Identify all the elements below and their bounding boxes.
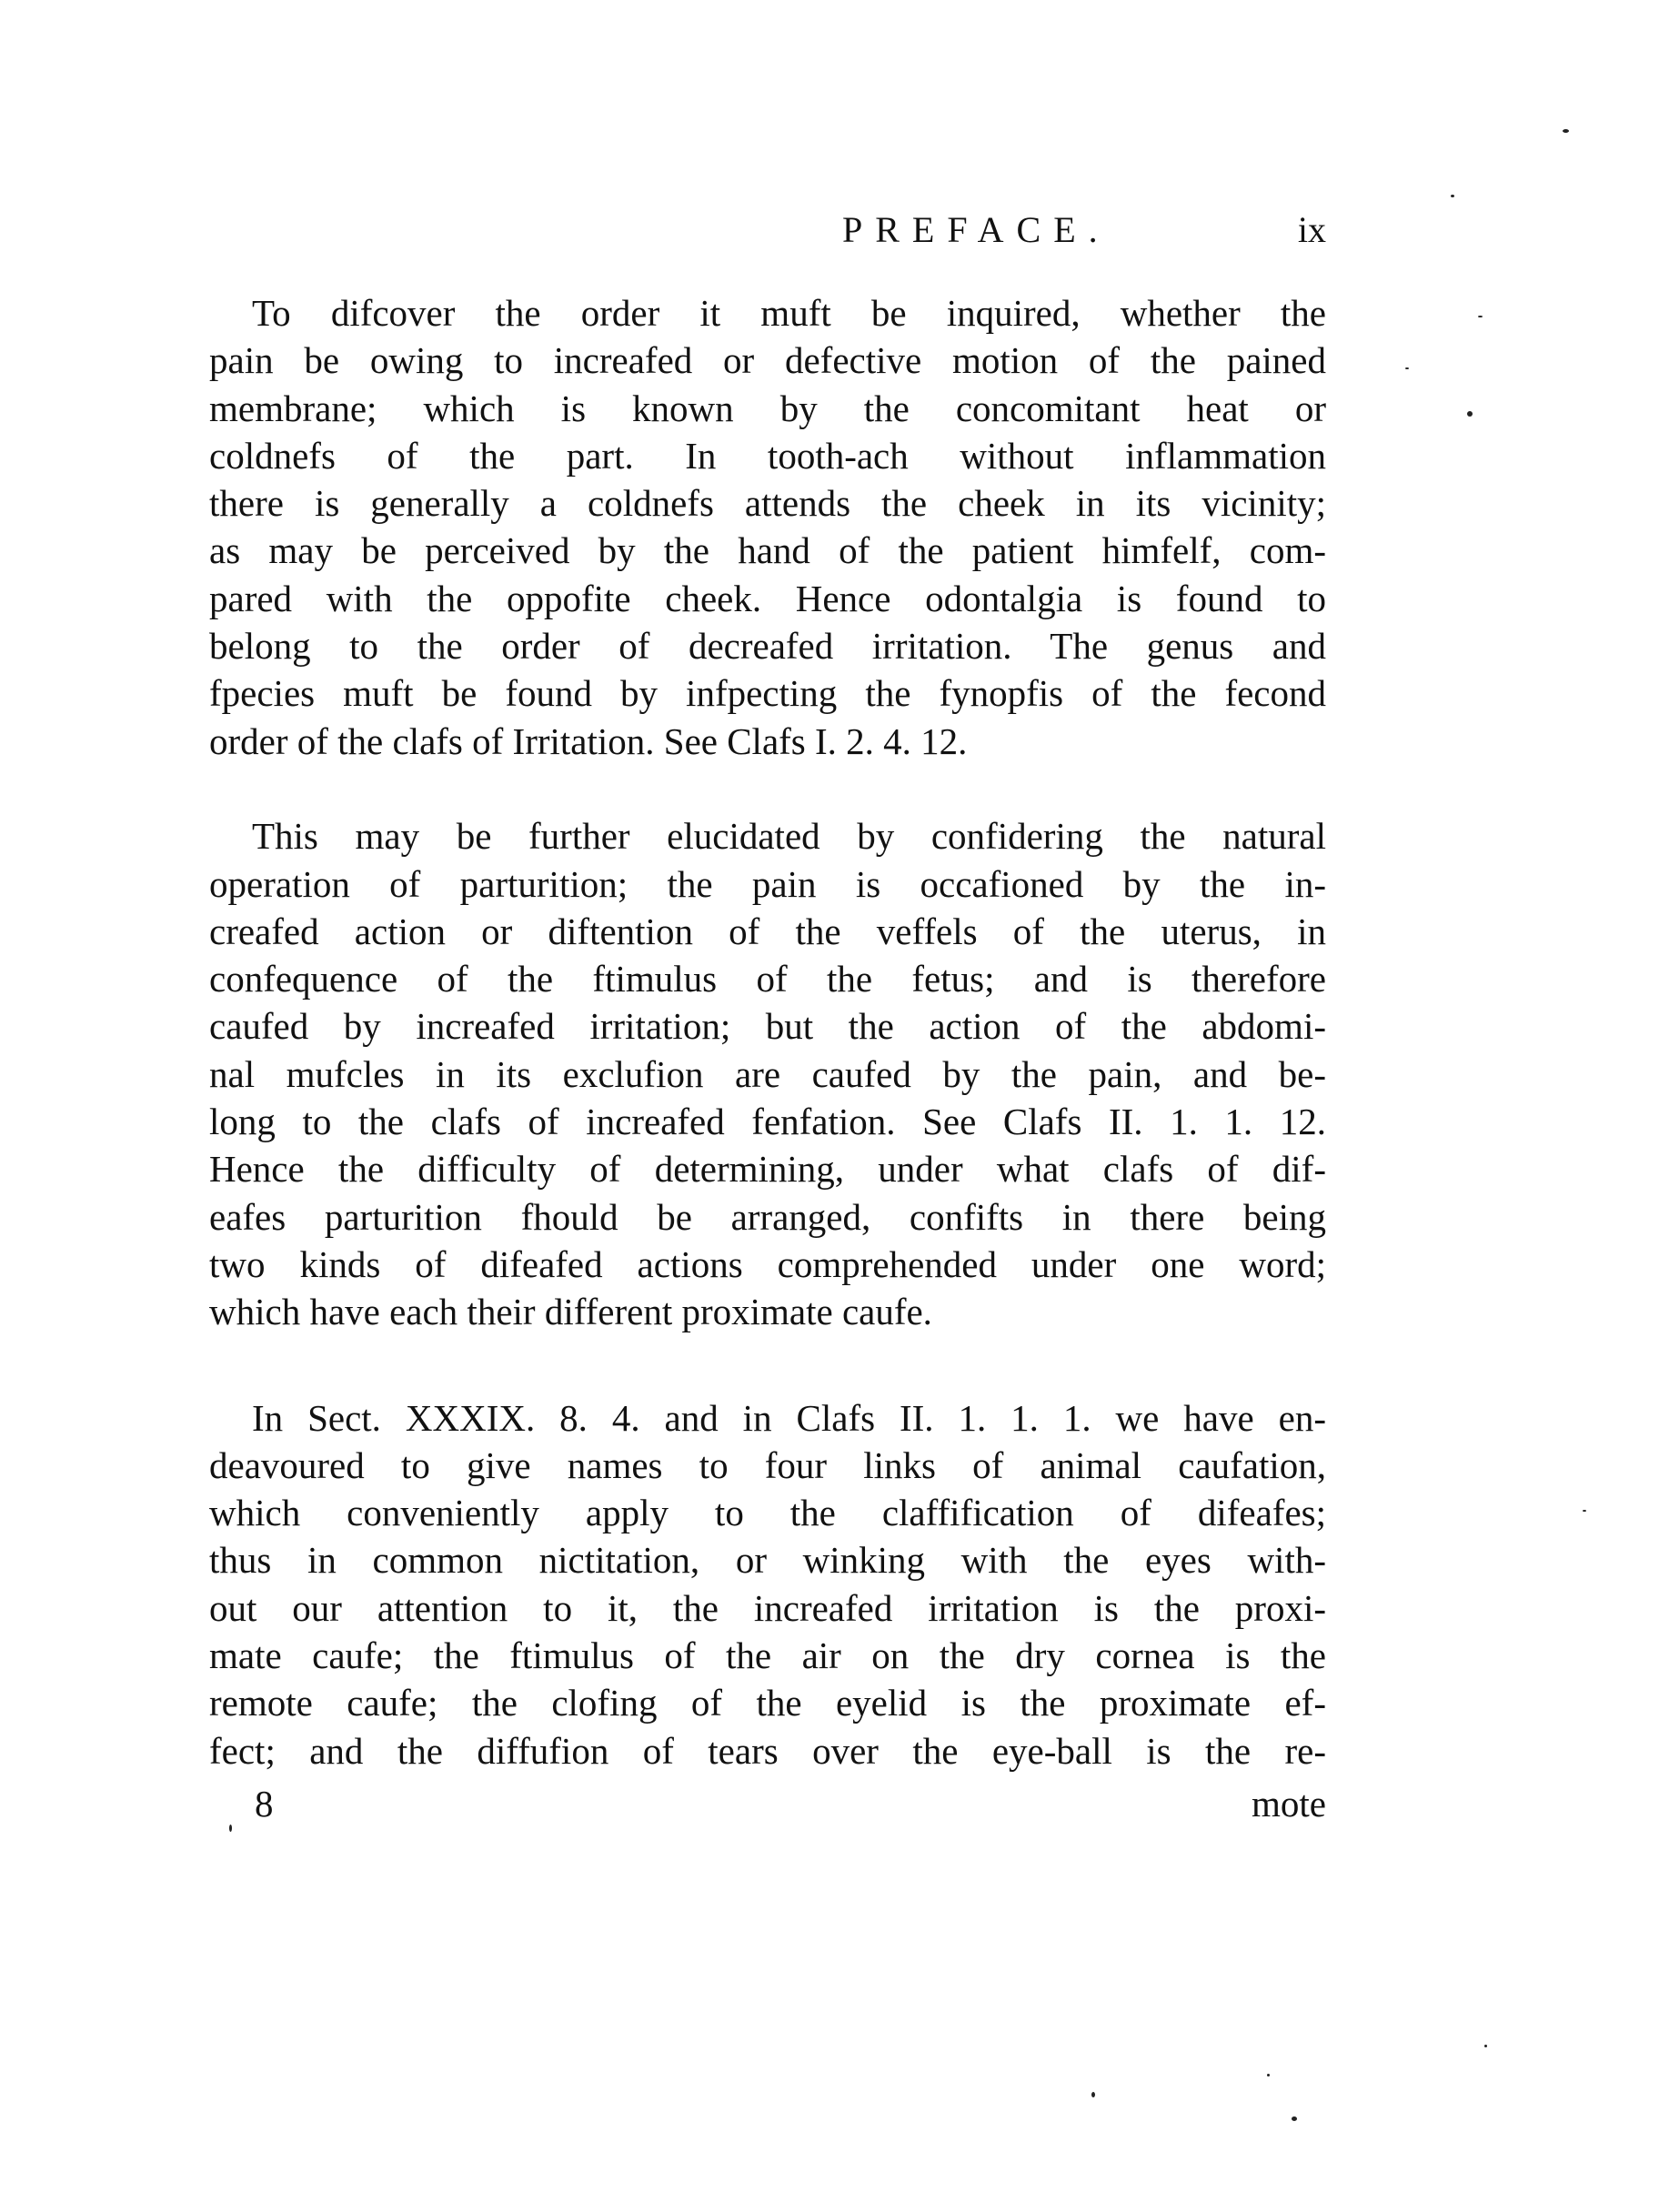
text-line: creafed action or diftention of the veff… <box>209 908 1326 955</box>
text-line: remote caufe; the clofing of the eyelid … <box>209 1679 1326 1726</box>
scan-speck <box>1563 129 1569 133</box>
text-line: This may be further elucidated by confid… <box>209 812 1326 860</box>
paragraph-spacer <box>209 765 1326 812</box>
catchword: mote <box>1252 1781 1326 1826</box>
scan-speck <box>1583 1510 1586 1512</box>
text-line: coldnefs of the part. In tooth-ach witho… <box>209 432 1326 479</box>
scan-speck <box>1478 316 1483 317</box>
running-head: PREFACE. ix <box>209 207 1326 253</box>
book-page: PREFACE. ix To difcover the order it muf… <box>0 0 1659 2212</box>
text-line: belong to the order of decreafed irritat… <box>209 622 1326 669</box>
page-footer: 8 mote <box>209 1781 1326 1826</box>
text-line: thus in common nictitation, or winking w… <box>209 1536 1326 1584</box>
scan-speck <box>1292 2116 1297 2121</box>
page-title: PREFACE. <box>842 207 1111 253</box>
scan-speck <box>1451 195 1454 197</box>
text-line: confequence of the ftimulus of the fetus… <box>209 955 1326 1002</box>
text-line: which conveniently apply to the claffifi… <box>209 1489 1326 1536</box>
text-line: Hence the difficulty of determining, und… <box>209 1145 1326 1192</box>
text-line: eafes parturition fhould be arranged, co… <box>209 1193 1326 1241</box>
text-line: In Sect. XXXIX. 8. 4. and in Clafs II. 1… <box>209 1394 1326 1442</box>
text-line: order of the clafs of Irritation. See Cl… <box>209 718 1326 765</box>
scan-speck <box>1267 2074 1270 2076</box>
text-line: nal mufcles in its exclufion are caufed … <box>209 1051 1326 1098</box>
paragraph-spacer <box>209 1336 1326 1394</box>
text-line: mate caufe; the ftimulus of the air on t… <box>209 1632 1326 1679</box>
scan-speck <box>1091 2092 1095 2097</box>
signature-mark: 8 <box>255 1781 274 1826</box>
paragraph-1: To difcover the order it muft be inquire… <box>209 289 1326 765</box>
text-line: long to the clafs of increafed fenfation… <box>209 1098 1326 1145</box>
text-line: out our attention to it, the increafed i… <box>209 1584 1326 1632</box>
page-number: ix <box>1298 207 1326 253</box>
paragraph-2: This may be further elucidated by confid… <box>209 812 1326 1335</box>
text-line: pared with the oppofite cheek. Hence odo… <box>209 575 1326 622</box>
scan-speck <box>1405 367 1409 369</box>
scan-speck <box>1467 411 1473 417</box>
text-line: which have each their different proximat… <box>209 1288 1326 1335</box>
page-body: To difcover the order it muft be inquire… <box>209 289 1326 1775</box>
text-line: caufed by increafed irritation; but the … <box>209 1002 1326 1050</box>
text-line: fect; and the diffufion of tears over th… <box>209 1727 1326 1775</box>
text-line: deavoured to give names to four links of… <box>209 1442 1326 1489</box>
text-line: pain be owing to increafed or defective … <box>209 337 1326 384</box>
paragraph-3: In Sect. XXXIX. 8. 4. and in Clafs II. 1… <box>209 1394 1326 1775</box>
text-line: as may be perceived by the hand of the p… <box>209 527 1326 574</box>
text-line: operation of parturition; the pain is oc… <box>209 860 1326 908</box>
text-line: To difcover the order it muft be inquire… <box>209 289 1326 337</box>
text-line: there is generally a coldnefs attends th… <box>209 479 1326 527</box>
scan-speck <box>229 1825 232 1832</box>
text-line: two kinds of difeafed actions comprehend… <box>209 1241 1326 1288</box>
text-line: membrane; which is known by the concomit… <box>209 385 1326 432</box>
scan-speck <box>1484 2045 1487 2047</box>
text-line: fpecies muft be found by infpecting the … <box>209 669 1326 717</box>
